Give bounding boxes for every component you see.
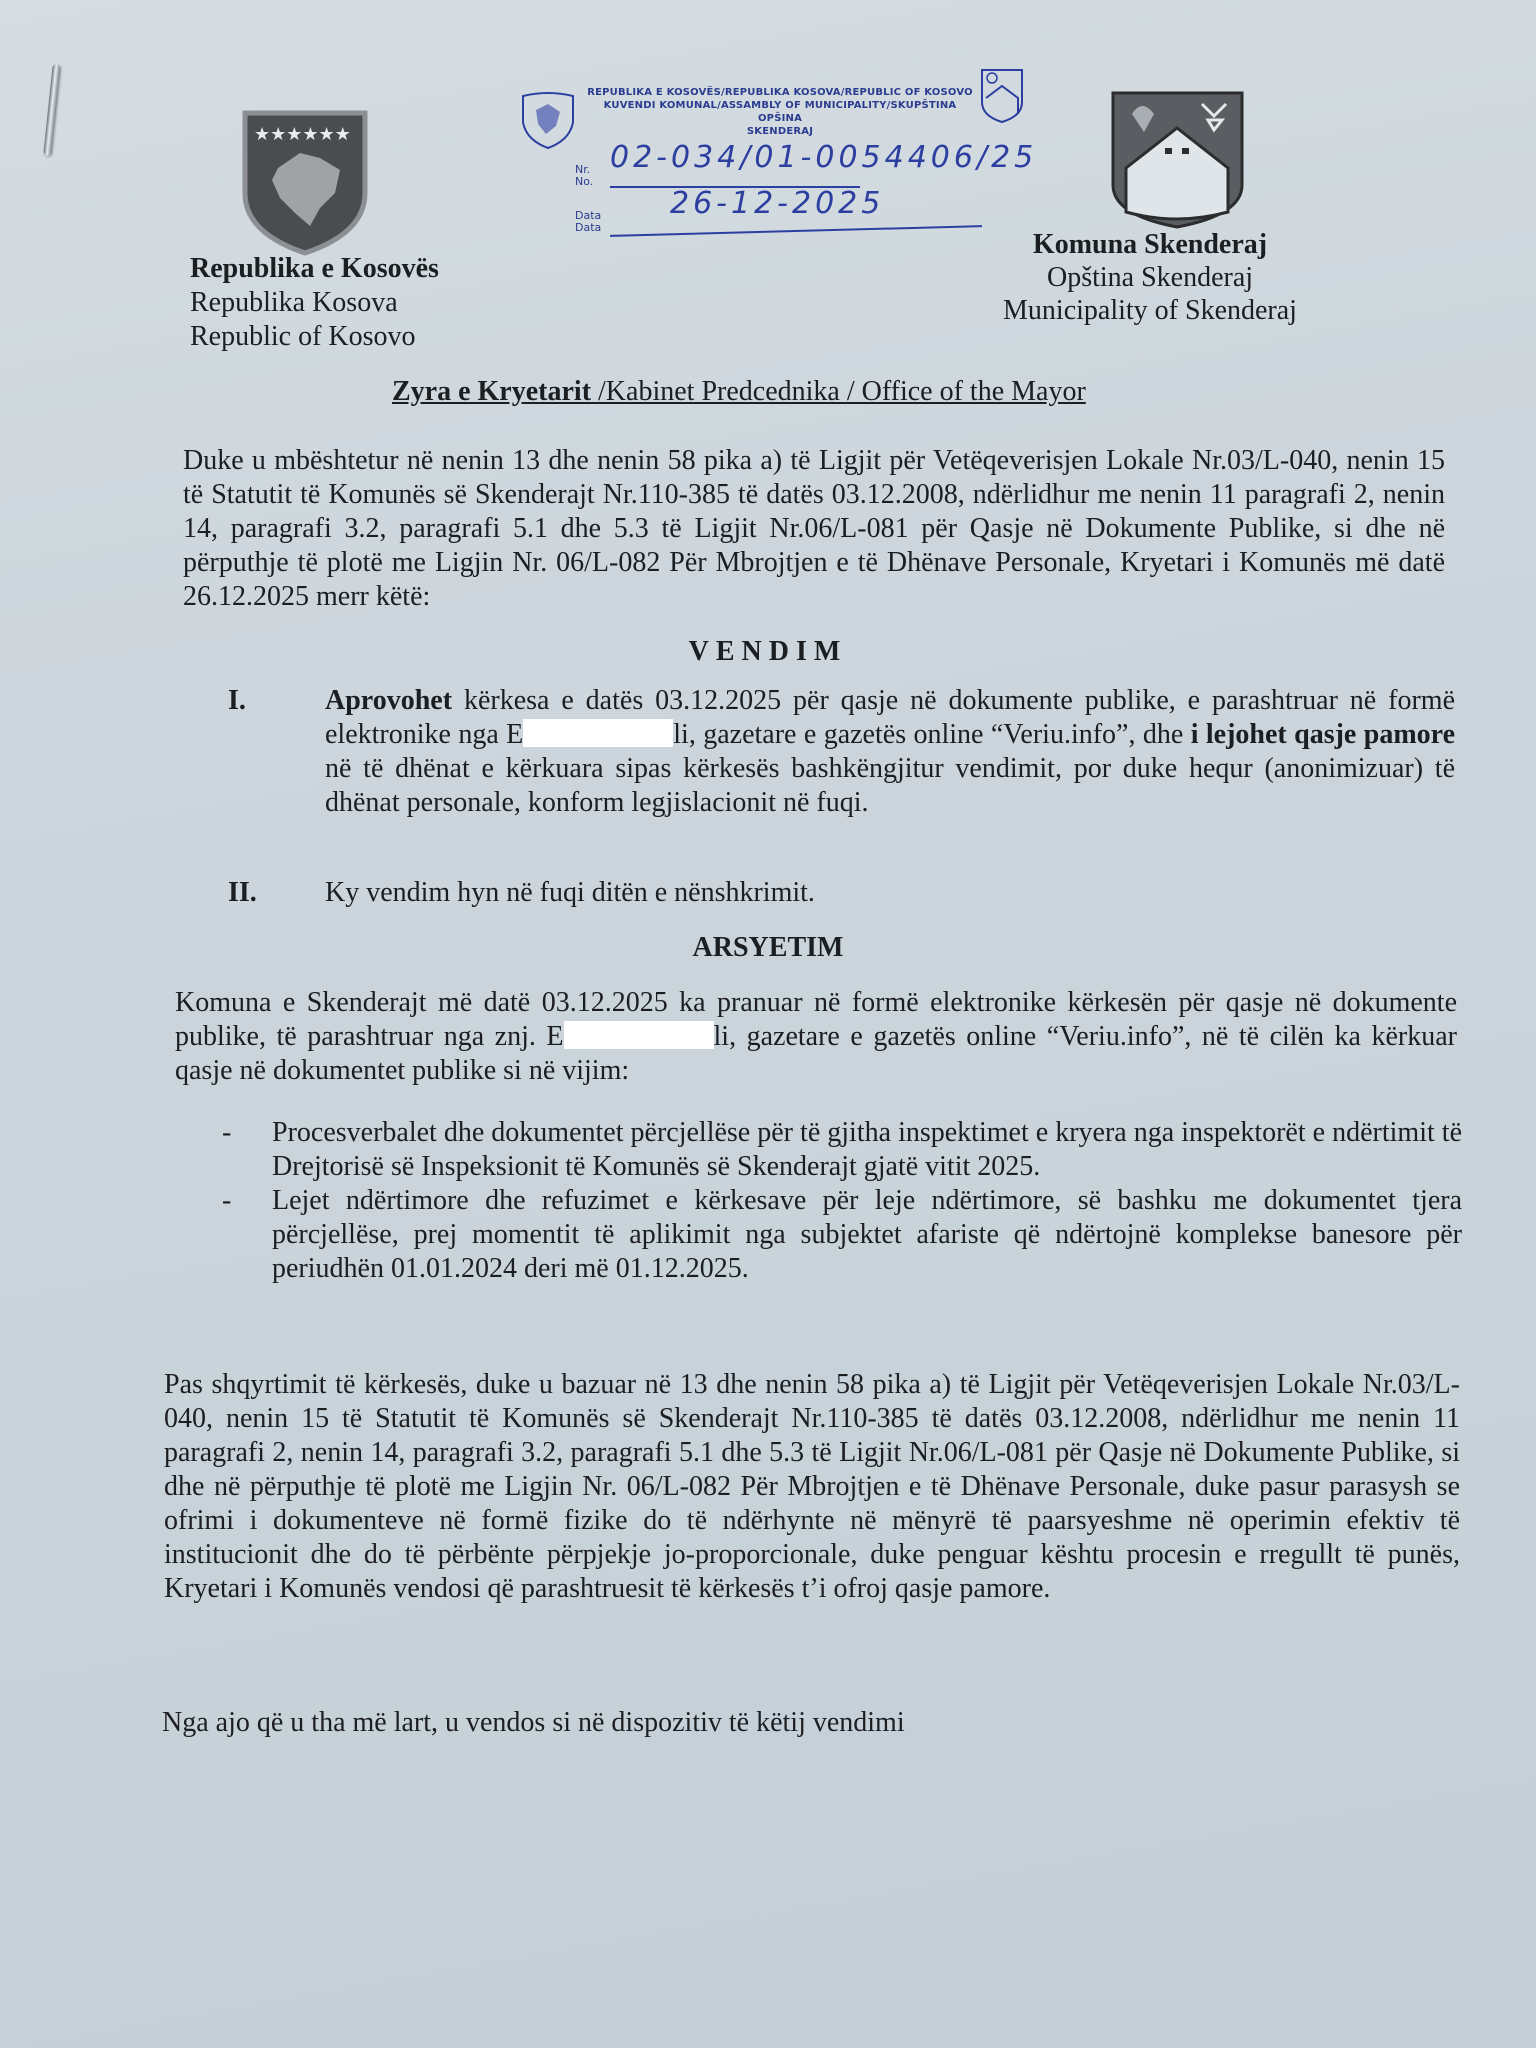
decision-item-number: II.: [228, 876, 257, 910]
reasoning-paragraph-2: Pas shqyrtimit të kërkesës, duke u bazua…: [164, 1368, 1460, 1606]
registry-stamp: REPUBLIKA E KOSOVËS/REPUBLIKA KOSOVA/REP…: [520, 68, 1040, 248]
decision-item-text: Aprovohet kërkesa e datës 03.12.2025 për…: [325, 684, 1455, 820]
municipality-header: Komuna Skenderaj Opština Skenderaj Munic…: [990, 228, 1310, 327]
reasoning-paragraph-1: Komuna e Skenderajt më datë 03.12.2025 k…: [175, 986, 1457, 1088]
bullet-marker: -: [222, 1116, 231, 1150]
header-left-line2: Republika Kosova: [190, 286, 439, 320]
stamp-line1: REPUBLIKA E KOSOVËS/REPUBLIKA KOSOVA/REP…: [580, 86, 980, 99]
decision-bold-mid: i lejohet qasje pamore: [1191, 719, 1455, 750]
list-item: -Lejet ndërtimore dhe refuzimet e kërkes…: [222, 1184, 1462, 1286]
office-title: Zyra e Kryetarit /Kabinet Predcednika / …: [392, 376, 1086, 408]
decision-text-part3: në të dhënat e kërkuara sipas kërkesës b…: [325, 753, 1455, 818]
list-item-text: Lejet ndërtimore dhe refuzimet e kërkesa…: [272, 1185, 1462, 1284]
header-left-line3: Republic of Kosovo: [190, 320, 439, 354]
stamp-data-label-2: Data: [575, 222, 601, 234]
redacted-name: [564, 1021, 714, 1049]
intro-paragraph: Duke u mbështetur në nenin 13 dhe nenin …: [183, 444, 1445, 614]
list-item-text: Procesverbalet dhe dokumentet përcjellës…: [272, 1117, 1462, 1182]
requested-documents-list: -Procesverbalet dhe dokumentet përcjellë…: [222, 1116, 1462, 1286]
header-right-line1: Komuna Skenderaj: [990, 228, 1310, 261]
stamp-date: 26-12-2025: [670, 186, 884, 221]
vendim-heading: VENDIM: [0, 636, 1536, 668]
closing-sentence: Nga ajo që u tha më lart, u vendos si në…: [162, 1706, 1362, 1740]
list-item: -Procesverbalet dhe dokumentet përcjellë…: [222, 1116, 1462, 1184]
staple: [43, 64, 61, 156]
bullet-marker: -: [222, 1184, 231, 1218]
redacted-name: [523, 719, 673, 747]
redacted-suffix: li: [673, 719, 689, 750]
kosovo-coat-of-arms-icon: ★★★★★★: [240, 108, 370, 256]
office-title-rest: /Kabinet Predcednika / Office of the May…: [591, 376, 1086, 407]
decision-text-part2: , gazetare e gazetës online “Veriu.info”…: [689, 719, 1191, 750]
svg-text:★★★★★★: ★★★★★★: [254, 124, 351, 145]
stamp-line3: SKENDERAJ: [580, 125, 980, 138]
header-left-line1: Republika e Kosovës: [190, 252, 439, 286]
office-title-bold: Zyra e Kryetarit: [392, 376, 591, 407]
stamp-no-label: No.: [575, 176, 593, 188]
republic-header: Republika e Kosovës Republika Kosova Rep…: [190, 252, 439, 354]
stamp-kosovo-seal-icon: [520, 88, 576, 150]
stamp-skenderaj-seal-icon: [980, 68, 1024, 124]
stamp-number: 02-034/01-0054406/25: [610, 140, 1037, 175]
skenderaj-coat-of-arms-icon: [1110, 90, 1245, 230]
stamp-date-rule: [610, 225, 982, 237]
arsyetim-heading: ARSYETIM: [0, 932, 1536, 964]
stamp-header-text: REPUBLIKA E KOSOVËS/REPUBLIKA KOSOVA/REP…: [580, 86, 980, 138]
stamp-line2: KUVENDI KOMUNAL/ASSAMBLY OF MUNICIPALITY…: [580, 99, 980, 125]
header-right-line2: Opština Skenderaj: [990, 261, 1310, 294]
document-page: ★★★★★★ Republika e Kosovës Republika Kos…: [0, 0, 1536, 2048]
redacted-suffix: li: [714, 1021, 730, 1052]
header-right-line3: Municipality of Skenderaj: [990, 294, 1310, 327]
decision-item-number: I.: [228, 684, 246, 718]
decision-bold-start: Aprovohet: [325, 685, 452, 716]
decision-item-text: Ky vendim hyn në fuqi ditën e nënshkrimi…: [325, 876, 1425, 910]
